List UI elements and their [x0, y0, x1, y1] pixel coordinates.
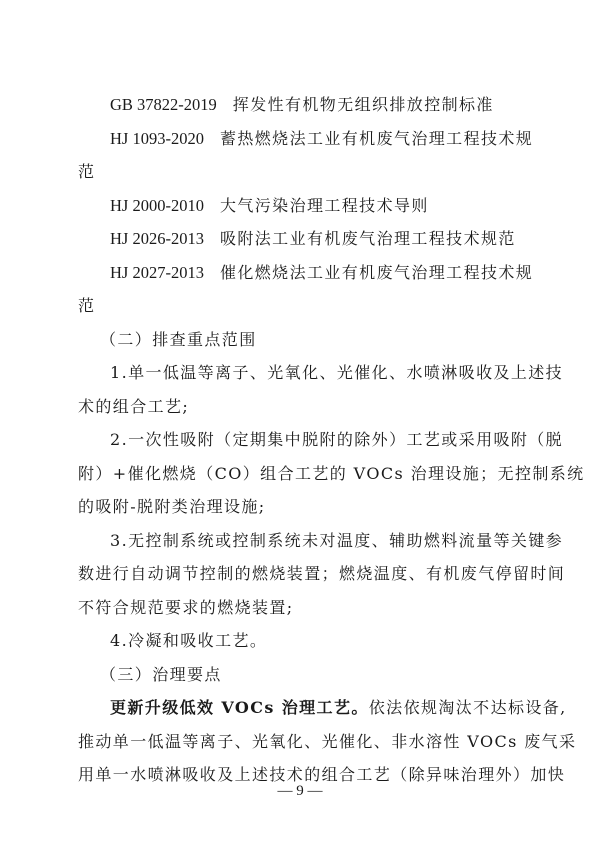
standard-code: GB 37822-2019 — [110, 95, 217, 114]
paragraph-line: 更新升级低效 VOCs 治理工艺。依法依规淘汰不达标设备, — [78, 691, 524, 725]
section-heading: （二）排查重点范围 — [78, 323, 524, 357]
standard-item: HJ 2027-2013催化燃烧法工业有机废气治理工程技术规 — [78, 256, 524, 290]
standard-title: 吸附法工业有机废气治理工程技术规范 — [220, 229, 516, 248]
list-item-line: 2.一次性吸附（定期集中脱附的除外）工艺或采用吸附（脱 — [78, 423, 524, 457]
standard-code: HJ 1093-2020 — [110, 129, 204, 148]
list-item-line: 4.冷凝和吸收工艺。 — [78, 624, 524, 658]
standard-item: HJ 1093-2020蓄热燃烧法工业有机废气治理工程技术规 — [78, 122, 524, 156]
list-item-line: 术的组合工艺; — [78, 390, 524, 424]
standard-code: HJ 2027-2013 — [110, 263, 204, 282]
list-item-line: 附）+催化燃烧（CO）组合工艺的 VOCs 治理设施；无控制系统 — [78, 457, 524, 491]
list-item-line: 数进行自动调节控制的燃烧装置；燃烧温度、有机废气停留时间 — [78, 557, 524, 591]
standard-item: HJ 2000-2010大气污染治理工程技术导则 — [78, 189, 524, 223]
list-item-line: 3.无控制系统或控制系统未对温度、辅助燃料流量等关键参 — [78, 524, 524, 558]
standard-title-wrap: 范 — [78, 155, 524, 189]
paragraph-text: 依法依规淘汰不达标设备, — [369, 698, 567, 717]
standard-title: 挥发性有机物无组织排放控制标准 — [233, 95, 494, 114]
standard-title: 大气污染治理工程技术导则 — [220, 196, 429, 215]
list-item-line: 1.单一低温等离子、光氧化、光催化、水喷淋吸收及上述技 — [78, 356, 524, 390]
standard-item: GB 37822-2019挥发性有机物无组织排放控制标准 — [78, 88, 524, 122]
paragraph-line: 推动单一低温等离子、光氧化、光催化、非水溶性 VOCs 废气采 — [78, 725, 524, 759]
standard-title: 催化燃烧法工业有机废气治理工程技术规 — [220, 263, 533, 282]
standard-code: HJ 2026-2013 — [110, 229, 204, 248]
standard-item: HJ 2026-2013吸附法工业有机废气治理工程技术规范 — [78, 222, 524, 256]
list-item-line: 不符合规范要求的燃烧装置; — [78, 591, 524, 625]
list-item-line: 的吸附-脱附类治理设施; — [78, 490, 524, 524]
section-heading: （三）治理要点 — [78, 658, 524, 692]
page-number: — 9 — — [0, 783, 600, 800]
standard-title-wrap: 范 — [78, 289, 524, 323]
standard-title: 蓄热燃烧法工业有机废气治理工程技术规 — [220, 129, 533, 148]
bold-lead: 更新升级低效 VOCs 治理工艺。 — [110, 698, 369, 717]
document-body: GB 37822-2019挥发性有机物无组织排放控制标准 HJ 1093-202… — [78, 88, 524, 792]
standard-code: HJ 2000-2010 — [110, 196, 204, 215]
